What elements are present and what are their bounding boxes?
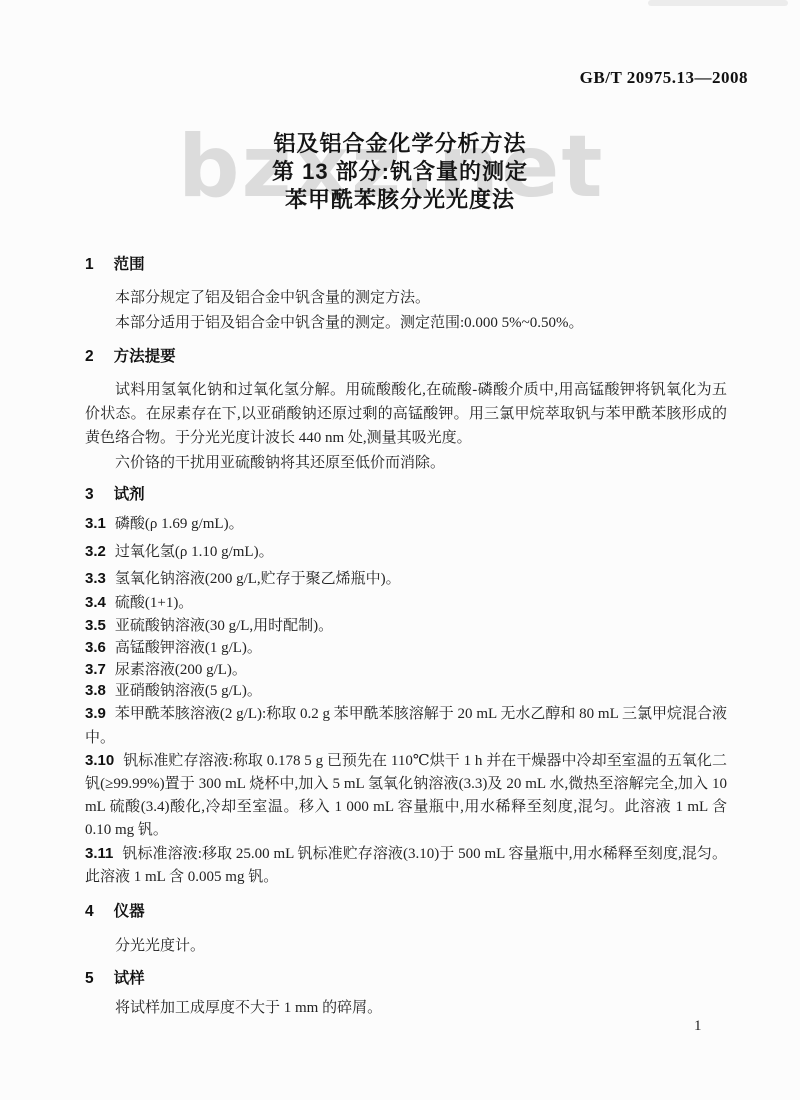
section4-paragraph1: 分光光度计。 — [85, 934, 727, 958]
section3-heading: 3试剂 — [85, 482, 727, 504]
clause-3-6: 3.6高锰酸钾溶液(1 g/L)。 — [85, 636, 727, 660]
clause-3-8-text: 亚硝酸钠溶液(5 g/L)。 — [115, 683, 262, 699]
doc-title: 铝及铝合金化学分析方法 第 13 部分:钒含量的测定 苯甲酰苯胲分光光度法 — [0, 130, 800, 214]
clause-3-3: 3.3氢氧化钠溶液(200 g/L,贮存于聚乙烯瓶中)。 — [85, 567, 727, 591]
clause-3-10-number: 3.10 — [85, 752, 114, 769]
clause-3-9-number: 3.9 — [85, 705, 106, 722]
clause-3-11: 3.11钒标准溶液:移取 25.00 mL 钒标准贮存溶液(3.10)于 500… — [85, 842, 727, 889]
section5-title: 试样 — [114, 970, 145, 987]
clause-3-4: 3.4硫酸(1+1)。 — [85, 591, 727, 615]
doc-title-line1: 铝及铝合金化学分析方法 — [0, 130, 800, 158]
clause-3-8-number: 3.8 — [85, 682, 106, 699]
clause-3-4-text: 硫酸(1+1)。 — [115, 595, 193, 611]
clause-3-6-number: 3.6 — [85, 639, 106, 656]
clause-3-3-number: 3.3 — [85, 570, 106, 587]
section5-paragraph1: 将试样加工成厚度不大于 1 mm 的碎屑。 — [85, 996, 727, 1020]
standard-document-page: bzxz.net GB/T 20975.13—2008 铝及铝合金化学分析方法 … — [0, 0, 800, 1100]
section1-paragraph2: 本部分适用于铝及铝合金中钒含量的测定。测定范围:0.000 5%~0.50%。 — [85, 311, 727, 335]
section4-number: 4 — [85, 903, 94, 921]
section4-title: 仪器 — [114, 903, 145, 920]
doc-title-line2: 第 13 部分:钒含量的测定 — [0, 158, 800, 186]
clause-3-1: 3.1磷酸(ρ 1.69 g/mL)。 — [85, 512, 727, 536]
section1-paragraph1: 本部分规定了铝及铝合金中钒含量的测定方法。 — [85, 286, 727, 310]
section3-title: 试剂 — [114, 486, 145, 503]
clause-3-7-text: 尿素溶液(200 g/L)。 — [115, 662, 247, 678]
doc-title-line3: 苯甲酰苯胲分光光度法 — [0, 186, 800, 214]
clause-3-2-text: 过氧化氢(ρ 1.10 g/mL)。 — [115, 544, 274, 560]
clause-3-4-number: 3.4 — [85, 594, 106, 611]
clause-3-5-text: 亚硫酸钠溶液(30 g/L,用时配制)。 — [115, 618, 333, 634]
clause-3-5: 3.5亚硫酸钠溶液(30 g/L,用时配制)。 — [85, 614, 727, 638]
clause-3-11-number: 3.11 — [85, 845, 113, 862]
clause-3-10: 3.10钒标准贮存溶液:称取 0.178 5 g 已预先在 110℃烘干 1 h… — [85, 749, 727, 842]
section2-paragraph1: 试料用氢氧化钠和过氧化氢分解。用硫酸酸化,在硫酸-磷酸介质中,用高锰酸钾将钒氧化… — [85, 378, 727, 450]
section3-number: 3 — [85, 486, 94, 504]
clause-3-3-text: 氢氧化钠溶液(200 g/L,贮存于聚乙烯瓶中)。 — [115, 571, 401, 587]
section1-number: 1 — [85, 256, 94, 274]
clause-3-11-text: 钒标准溶液:移取 25.00 mL 钒标准贮存溶液(3.10)于 500 mL … — [85, 846, 727, 885]
clause-3-2: 3.2过氧化氢(ρ 1.10 g/mL)。 — [85, 540, 727, 564]
section4-heading: 4仪器 — [85, 899, 727, 921]
scan-artifact-streak — [648, 0, 788, 6]
clause-3-2-number: 3.2 — [85, 543, 106, 560]
clause-3-8: 3.8亚硝酸钠溶液(5 g/L)。 — [85, 679, 727, 703]
clause-3-5-number: 3.5 — [85, 617, 106, 634]
section5-number: 5 — [85, 970, 94, 988]
section5-heading: 5试样 — [85, 966, 727, 988]
section2-heading: 2方法提要 — [85, 344, 727, 366]
clause-3-9: 3.9苯甲酰苯胲溶液(2 g/L):称取 0.2 g 苯甲酰苯胲溶解于 20 m… — [85, 702, 727, 750]
clause-3-1-number: 3.1 — [85, 515, 106, 532]
doc-code: GB/T 20975.13—2008 — [580, 68, 748, 88]
clause-3-1-text: 磷酸(ρ 1.69 g/mL)。 — [115, 516, 244, 532]
clause-3-7-number: 3.7 — [85, 661, 106, 678]
section2-title: 方法提要 — [114, 348, 176, 365]
section2-paragraph2: 六价铬的干扰用亚硫酸钠将其还原至低价而消除。 — [85, 451, 727, 475]
section2-number: 2 — [85, 348, 94, 366]
clause-3-9-text: 苯甲酰苯胲溶液(2 g/L):称取 0.2 g 苯甲酰苯胲溶解于 20 mL 无… — [85, 706, 727, 746]
section1-heading: 1范围 — [85, 252, 727, 274]
section1-title: 范围 — [114, 256, 145, 273]
clause-3-6-text: 高锰酸钾溶液(1 g/L)。 — [115, 640, 262, 656]
page-number: 1 — [694, 1018, 702, 1035]
clause-3-10-text: 钒标准贮存溶液:称取 0.178 5 g 已预先在 110℃烘干 1 h 并在干… — [85, 753, 727, 838]
